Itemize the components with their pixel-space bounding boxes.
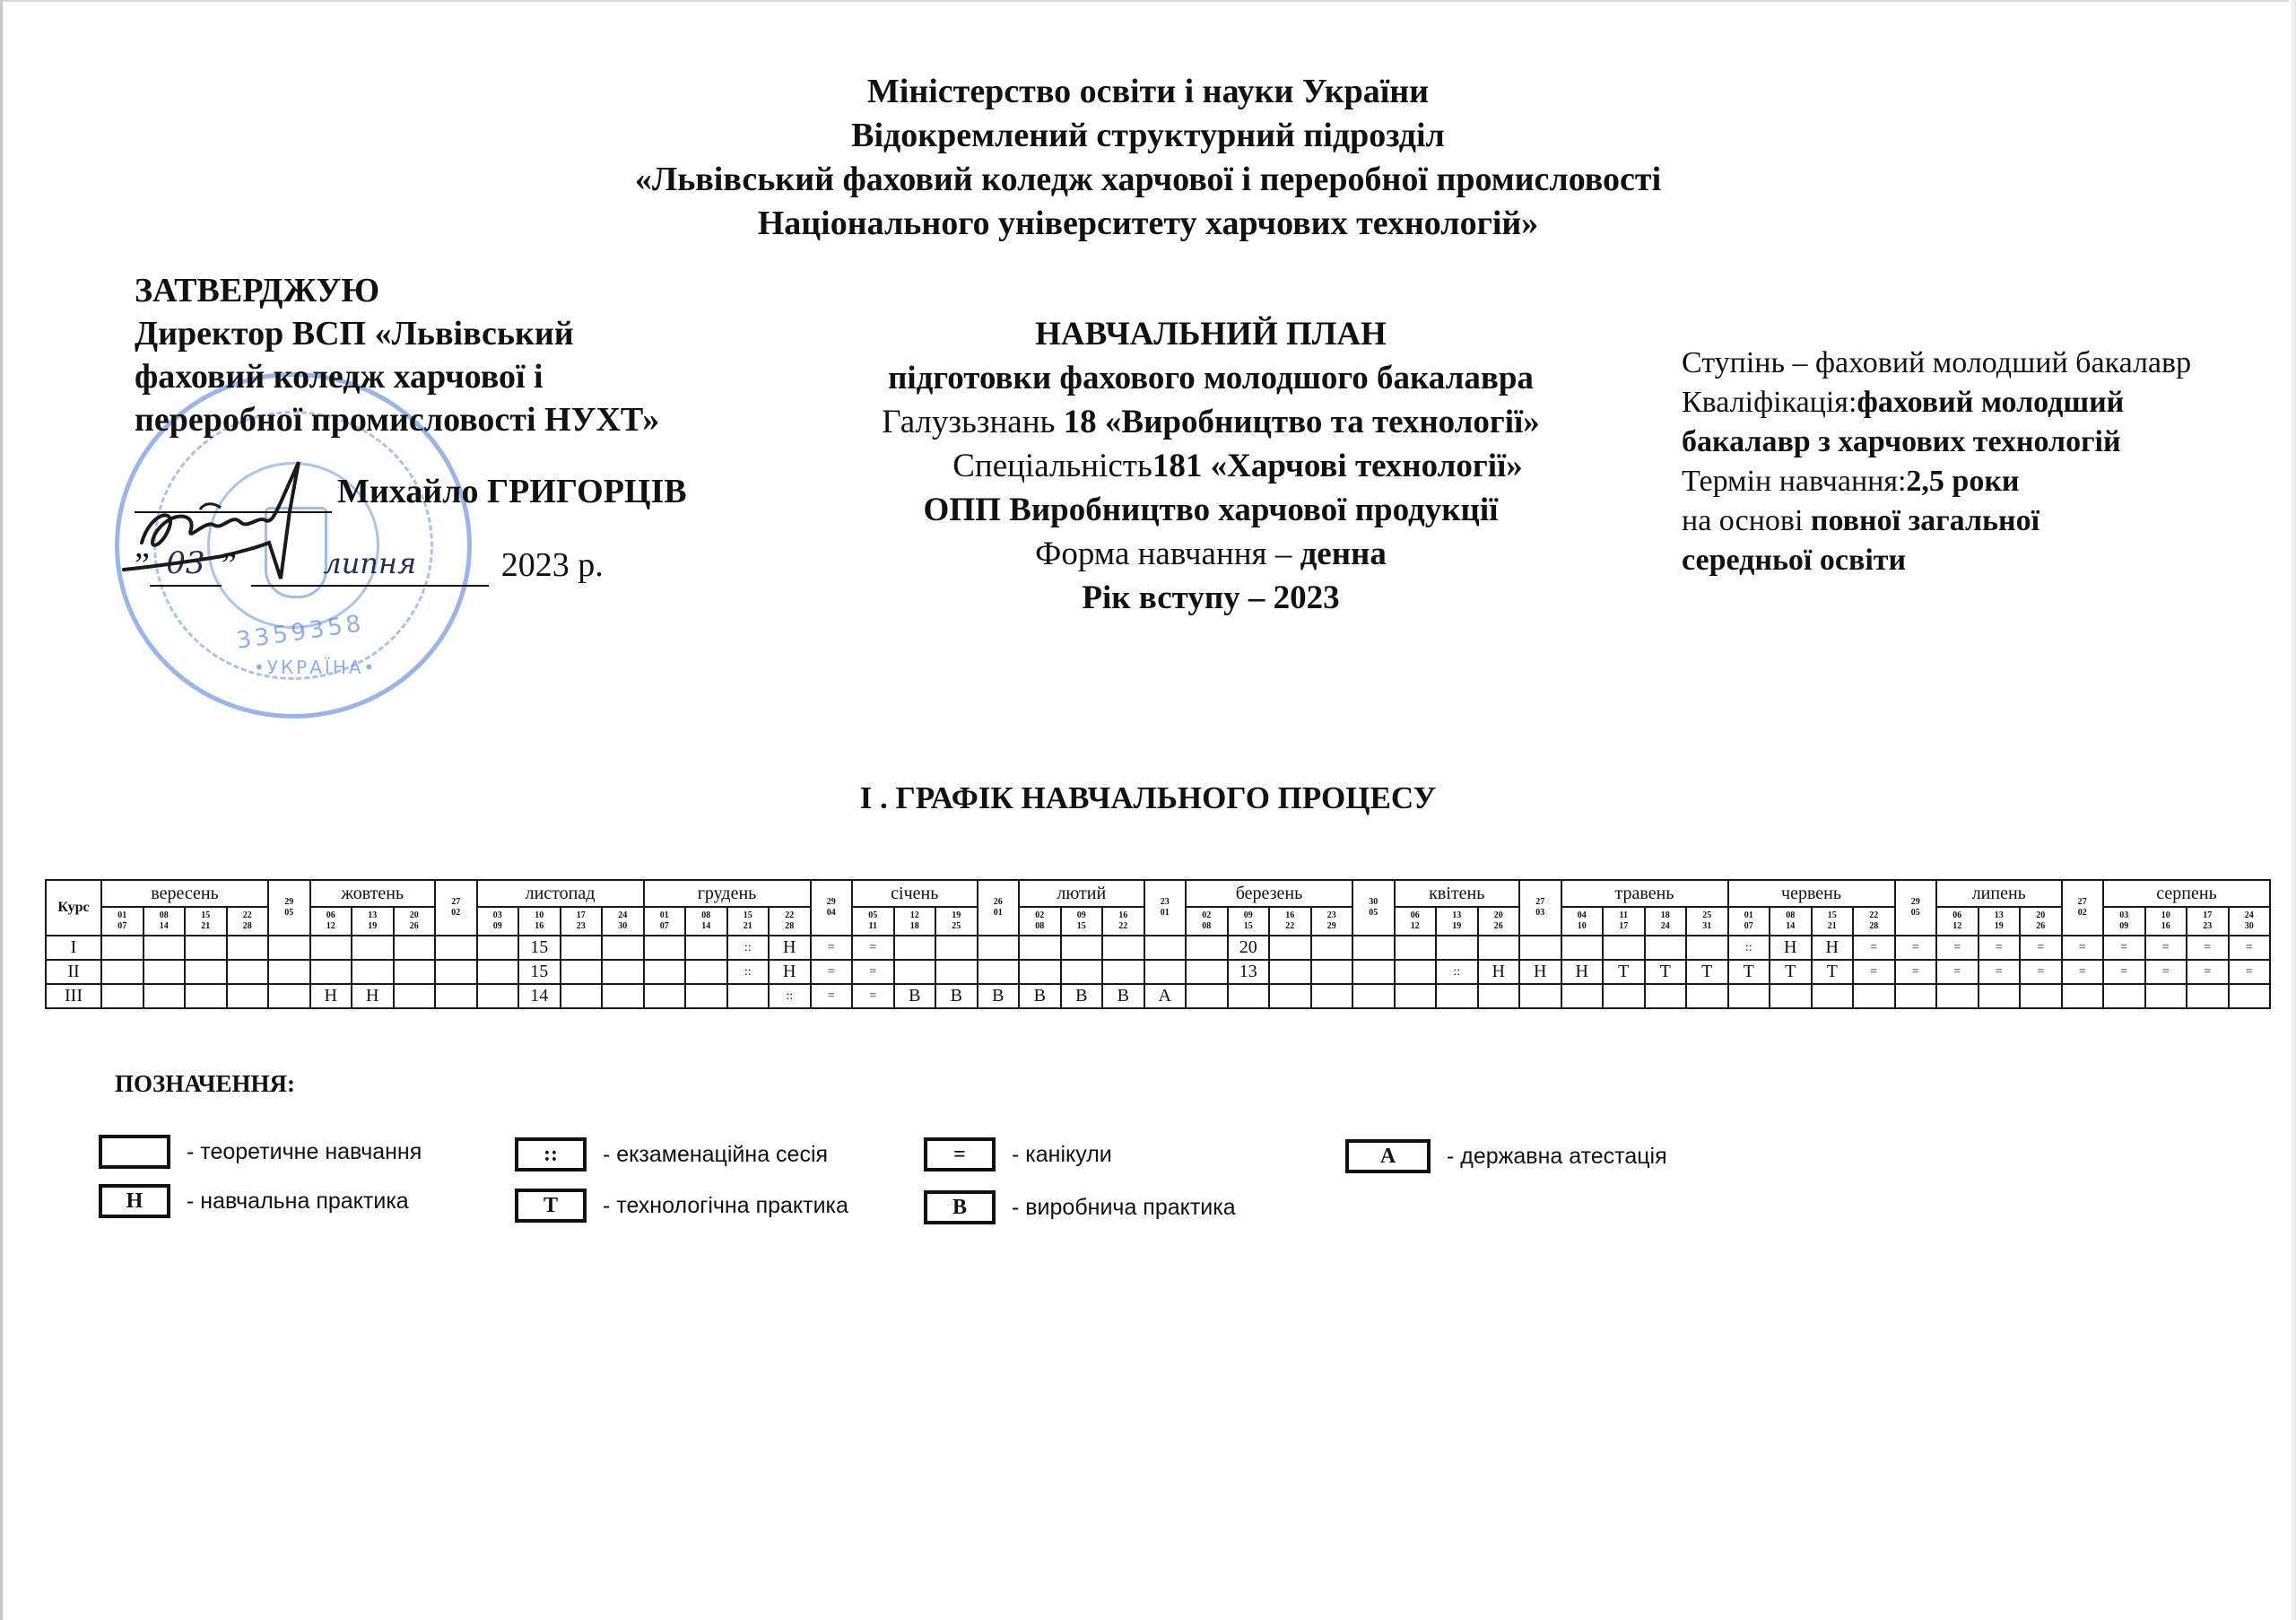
week-header: 2026 [394,907,436,936]
schedule-cell: 20 [1228,936,1270,960]
schedule-cell [644,984,686,1008]
month-header: січень [852,880,978,907]
qualification-block: Ступінь – фаховий молодший бакалавр Квал… [1682,344,2274,580]
schedule-cell: = [1895,936,1937,960]
schedule-cell [1186,984,1228,1008]
month-header-row: Курс вересень2905жовтень2702листопадгруд… [46,880,2270,907]
schedule-cell [101,984,143,1008]
week-header: 1521 [1812,907,1854,936]
schedule-cell: = [2229,960,2271,984]
schedule-cell: = [2145,960,2187,984]
schedule-cell [268,984,310,1008]
schedule-cell [1979,984,2021,1008]
field-of-knowledge: Галузьзнань 18 «Виробництво та технологі… [735,400,1686,444]
schedule-cell: = [1853,936,1895,960]
legend-item-theory: - теоретичне навчання [99,1135,422,1169]
course-row: II15::Н==13::НННТТТТТТ========== [46,960,2270,984]
schedule-cell: = [811,960,853,984]
schedule-cell [394,984,436,1008]
week-header: 1824 [1645,907,1687,936]
week-header: 2026 [2020,907,2062,936]
approval-date: ” 03 ” липня 2023 р. [135,542,762,587]
date-year: 2023 р. [501,544,604,587]
legend-symbol: Н [99,1184,170,1218]
schedule-cell: Н [1812,936,1854,960]
legend-item-holidays: = - канікули [924,1137,1112,1171]
schedule-cell [1519,936,1561,960]
schedule-cell [1936,984,1979,1008]
schedule-cell: :: [1436,960,1478,984]
plan-title: НАВЧАЛЬНИЙ ПЛАН [735,312,1686,356]
schedule-cell [394,960,436,984]
schedule-cell [143,936,186,960]
schedule-cell [2062,984,2104,1008]
schedule-cell [894,936,936,960]
schedule-cell [685,936,727,960]
schedule-cell: = [2229,936,2271,960]
schedule-cell [1853,984,1895,1008]
legend-item-production-practice: В - виробнича практика [924,1190,1236,1224]
week-header: 0107 [1728,907,1770,936]
week-header: 0814 [143,907,186,936]
schedule-cell [101,936,143,960]
schedule-cell [2020,984,2062,1008]
week-header: 1016 [518,907,561,936]
schedule-cell [1269,960,1311,984]
week-header: 0410 [1561,907,1604,936]
schedule-cell: 15 [518,936,561,960]
schedule-cell [143,984,186,1008]
schedule-cell: 15 [518,960,561,984]
schedule-cell: = [2103,960,2145,984]
week-header: 0208 [1186,907,1228,936]
schedule-cell [477,960,519,984]
qualification-label: Кваліфікація: [1682,386,1857,419]
schedule-cell [1019,936,1061,960]
schedule-cell: Н [1561,960,1604,984]
schedule-cell [1603,936,1645,960]
course-number: II [46,960,101,984]
schedule-cell [602,984,644,1008]
week-header: 0612 [310,907,352,936]
schedule-cell [1352,936,1395,960]
schedule-cell [1228,984,1270,1008]
schedule-cell [1603,984,1645,1008]
qualification-line: Кваліфікація:фаховий молодший [1682,383,2274,422]
schedule-body: I15::Н==20::НН==========II15::Н==13::ННН… [46,936,2270,1008]
schedule-cell [1352,960,1395,984]
legend-label: - канікули [1012,1142,1112,1168]
schedule-cell [1186,936,1228,960]
ministry-line: Міністерство освіти і науки України [0,70,2296,114]
schedule-cell: = [2145,936,2187,960]
schedule-cell: 14 [518,984,561,1008]
page-edge-top [0,0,2296,2]
schedule-cell [1144,936,1187,960]
course-row: IIIНН14::==ВВВВВВА [46,984,2270,1008]
week-header: 0107 [101,907,143,936]
schedule-cell [394,936,436,960]
schedule-cell [1269,984,1311,1008]
schedule-cell [561,984,603,1008]
week-header: 2905 [268,880,310,936]
schedule-cell [1311,936,1353,960]
legend-symbol: В [924,1190,996,1224]
week-header: 2531 [1686,907,1728,936]
legend-symbol: А [1345,1139,1431,1173]
week-header: 1319 [1436,907,1478,936]
schedule-cell [1144,960,1187,984]
signatory-name: Михайло ГРИГОРЦІВ [337,470,687,513]
schedule-cell: В [935,984,978,1008]
week-header: 2228 [1853,907,1895,936]
schedule-cell [1061,936,1103,960]
schedule-cell: В [1061,984,1103,1008]
signature-line: Михайло ГРИГОРЦІВ [135,470,762,513]
ministry-line: «Львівський фаховий коледж харчової і пе… [0,158,2296,202]
legend-item-state-attestation: А - державна атестація [1345,1139,1667,1173]
quote-close: ” [222,544,237,587]
legend-item-educational-practice: Н - навчальна практика [99,1184,409,1218]
week-header: 2228 [227,907,269,936]
form-label: Форма навчання – [1035,536,1300,572]
schedule-cell [602,960,644,984]
legend-label: - виробнича практика [1012,1195,1236,1221]
schedule-cell: А [1144,984,1187,1008]
month-header: листопад [477,880,644,907]
schedule-cell: = [811,984,853,1008]
legend-label: - технологічна практика [603,1193,848,1219]
week-header: 2329 [1311,907,1353,936]
schedule-cell [2145,984,2187,1008]
course-column-header: Курс [46,880,101,936]
week-header: 2904 [811,880,853,936]
week-header: 1723 [561,907,603,936]
week-header: 0309 [477,907,519,936]
schedule-cell [101,960,143,984]
term-value: 2,5 роки [1906,465,2019,498]
month-header: вересень [101,880,268,907]
schedule-cell: Н [769,936,811,960]
week-header: 2702 [2062,880,2104,936]
schedule-cell [2103,984,2145,1008]
month-header: травень [1561,880,1728,907]
schedule-cell [894,960,936,984]
schedule-cell [1645,984,1687,1008]
week-header: 0511 [852,907,894,936]
schedule-cell [2187,984,2229,1008]
schedule-cell: = [1853,960,1895,984]
week-header: 0107 [644,907,686,936]
schedule-cell [935,960,978,984]
stamp-code: 3359358 [235,610,367,655]
schedule-cell [602,936,644,960]
week-header: 2703 [1519,880,1561,936]
month-header: червень [1728,880,1895,907]
schedule-cell [561,960,603,984]
schedule-cell [1186,960,1228,984]
ministry-header: Міністерство освіти і науки України Відо… [0,70,2296,246]
qualification-value: фаховий молодший [1857,386,2124,419]
schedule-cell: В [978,984,1020,1008]
schedule-cell: Т [1812,960,1854,984]
month-header: липень [1936,880,2062,907]
ministry-line: Національного університету харчових техн… [0,202,2296,246]
plan-subtitle: підготовки фахового молодшого бакалавра [735,356,1686,400]
schedule-cell: Н [769,960,811,984]
schedule-cell [1561,936,1604,960]
approval-block: ЗАТВЕРДЖУЮ Директор ВСП «Львівський фахо… [135,269,762,587]
week-header: 1016 [2145,907,2187,936]
schedule-cell [1728,984,1770,1008]
schedule-cell: В [1019,984,1061,1008]
study-form: Форма навчання – денна [735,532,1686,576]
schedule-cell: = [2062,960,2104,984]
basis-line: на основі повної загальної [1682,501,2274,541]
schedule-cell: = [1979,936,2021,960]
schedule-cell [935,936,978,960]
field-value: 18 «Виробництво та технології» [1064,404,1540,440]
month-header: грудень [644,880,811,907]
week-header: 0612 [1395,907,1437,936]
week-header: 1117 [1603,907,1645,936]
schedule-cell [978,936,1020,960]
week-header: 1622 [1269,907,1311,936]
schedule-cell [1436,936,1478,960]
week-header: 2301 [1144,880,1187,936]
schedule-cell: Т [1645,960,1687,984]
schedule-cell: = [1895,960,1937,984]
qualification-value-cont: бакалавр з харчових технологій [1682,422,2274,462]
week-header: 1319 [352,907,394,936]
week-header: 2702 [435,880,477,936]
schedule-cell [1395,936,1437,960]
schedule-cell [185,960,227,984]
schedule-cell: = [852,960,894,984]
specialty-value: 181 «Харчові технології» [1152,448,1523,484]
schedule-cell: Т [1770,960,1812,984]
curriculum-title-block: НАВЧАЛЬНИЙ ПЛАН підготовки фахового моло… [735,312,1686,620]
schedule-cell: 13 [1228,960,1270,984]
schedule-cell [1102,960,1144,984]
ministry-line: Відокремлений структурний підрозділ [0,114,2296,158]
month-header: квітень [1395,880,1520,907]
week-header: 0915 [1228,907,1270,936]
approval-line: Директор ВСП «Львівський [135,312,762,355]
schedule-cell: :: [1728,936,1770,960]
legend-title: ПОЗНАЧЕННЯ: [115,1070,295,1098]
stamp-country: •УКРАЇНА• [254,657,377,678]
schedule-cell [435,984,477,1008]
legend-symbol: :: [515,1137,587,1171]
approval-line: переробної промисловості НУХТ» [135,398,762,441]
legend-symbol [99,1135,170,1169]
program-name: ОПП Виробництво харчової продукції [735,488,1686,532]
month-header: березень [1186,880,1352,907]
legend-label: - навчальна практика [187,1189,409,1215]
legend-label: - теоретичне навчання [187,1139,422,1165]
schedule-cell [435,960,477,984]
schedule-cell [268,960,310,984]
legend-symbol: = [924,1137,996,1171]
schedule-cell [227,984,269,1008]
schedule-cell [185,936,227,960]
schedule-cell [352,960,394,984]
course-number: III [46,984,101,1008]
basis-label: на основі [1682,504,1811,537]
week-header: 1319 [1979,907,2021,936]
schedule-cell: Н [1519,960,1561,984]
schedule-cell [310,936,352,960]
schedule-cell [1395,960,1437,984]
schedule-cell [1895,984,1937,1008]
schedule-cell: Т [1686,960,1728,984]
schedule-cell [1770,984,1812,1008]
week-header: 0208 [1019,907,1061,936]
schedule-cell: Н [352,984,394,1008]
schedule-cell: = [2187,960,2229,984]
schedule-cell: = [1979,960,2021,984]
schedule-cell [2229,984,2271,1008]
form-value: денна [1300,536,1387,572]
course-row: I15::Н==20::НН========== [46,936,2270,960]
schedule-cell [1478,936,1520,960]
legend-symbol: Т [515,1189,587,1223]
week-header: 2430 [2229,907,2271,936]
legend-item-technological-practice: Т - технологічна практика [515,1189,848,1223]
schedule-cell [1395,984,1437,1008]
legend-item-exam-session: :: - екзаменаційна сесія [515,1137,828,1171]
schedule-cell: = [2103,936,2145,960]
date-month: липня [251,542,489,587]
week-header: 0309 [2103,907,2145,936]
week-header: 2905 [1895,880,1937,936]
specialty: Спеціальність181 «Харчові технології» [735,444,1686,488]
schedule-cell: = [2020,960,2062,984]
schedule-cell [1478,984,1520,1008]
schedule-cell [1686,936,1728,960]
schedule-cell: = [2187,936,2229,960]
schedule-cell [685,984,727,1008]
schedule-cell: = [852,936,894,960]
term-line: Термін навчання:2,5 роки [1682,462,2274,501]
course-number: I [46,936,101,960]
week-header: 1622 [1102,907,1144,936]
approval-line: фаховий коледж харчової і [135,355,762,398]
week-header: 1925 [935,907,978,936]
schedule-cell [1311,984,1353,1008]
week-header: 0612 [1936,907,1979,936]
schedule-cell [435,936,477,960]
schedule-cell [310,960,352,984]
schedule-cell [644,960,686,984]
basis-value: повної загальної [1811,504,2039,537]
week-header: 2601 [978,880,1020,936]
schedule-cell [978,960,1020,984]
schedule-cell [1561,984,1604,1008]
schedule-cell [1519,984,1561,1008]
schedule-cell [227,960,269,984]
schedule-cell: В [894,984,936,1008]
schedule-cell: :: [727,936,770,960]
schedule-cell [268,936,310,960]
date-day: 03 [150,542,222,587]
week-header: 2026 [1478,907,1520,936]
schedule-cell: = [2020,936,2062,960]
week-header: 1218 [894,907,936,936]
field-label: Галузьзнань [882,404,1063,440]
schedule-cell [477,936,519,960]
schedule-cell: = [1936,960,1979,984]
specialty-label: Спеціальність [952,448,1152,484]
quote-open: ” [135,544,150,587]
schedule-cell: :: [769,984,811,1008]
schedule-cell: Н [310,984,352,1008]
schedule-cell [685,960,727,984]
schedule-cell [1812,984,1854,1008]
schedule-cell [1019,960,1061,984]
entry-year: Рік вступу – 2023 [735,576,1686,620]
schedule-cell: Т [1728,960,1770,984]
schedule-cell [1686,984,1728,1008]
week-header: 1521 [185,907,227,936]
legend-label: - державна атестація [1447,1144,1667,1170]
schedule-cell [185,984,227,1008]
month-header: серпень [2103,880,2270,907]
schedule-cell [1061,960,1103,984]
schedule-cell: Н [1770,936,1812,960]
week-header: 2228 [769,907,811,936]
schedule-cell [644,936,686,960]
schedule-cell [1645,936,1687,960]
schedule-cell [352,936,394,960]
schedule-cell: Н [1478,960,1520,984]
week-header: 0915 [1061,907,1103,936]
schedule-cell [143,960,186,984]
schedule-cell: :: [727,960,770,984]
week-header: 0814 [685,907,727,936]
schedule-cell [1436,984,1478,1008]
schedule-cell [1352,984,1395,1008]
week-header: 0814 [1770,907,1812,936]
schedule-cell [561,936,603,960]
schedule-cell: = [852,984,894,1008]
legend-label: - екзаменаційна сесія [603,1142,828,1168]
month-header: жовтень [310,880,436,907]
study-schedule-table: Курс вересень2905жовтень2702листопадгруд… [45,879,2271,1009]
schedule-cell [477,984,519,1008]
schedule-cell: = [811,936,853,960]
week-header: 3005 [1352,880,1395,936]
schedule-cell [1269,936,1311,960]
schedule-cell [1311,960,1353,984]
week-header: 1723 [2187,907,2229,936]
approval-title: ЗАТВЕРДЖУЮ [135,269,762,312]
schedule-cell: Т [1603,960,1645,984]
degree: Ступінь – фаховий молодший бакалавр [1682,344,2274,383]
term-label: Термін навчання: [1682,465,1906,498]
month-header: лютий [1019,880,1144,907]
basis-value-cont: середньої освіти [1682,541,2274,580]
schedule-cell: В [1102,984,1144,1008]
schedule-cell [227,936,269,960]
week-header: 2430 [602,907,644,936]
schedule-title: І . ГРАФІК НАВЧАЛЬНОГО ПРОЦЕСУ [0,780,2296,816]
schedule-cell: = [1936,936,1979,960]
schedule-cell: = [2062,936,2104,960]
signature-blank [135,475,332,513]
week-header: 1521 [727,907,770,936]
